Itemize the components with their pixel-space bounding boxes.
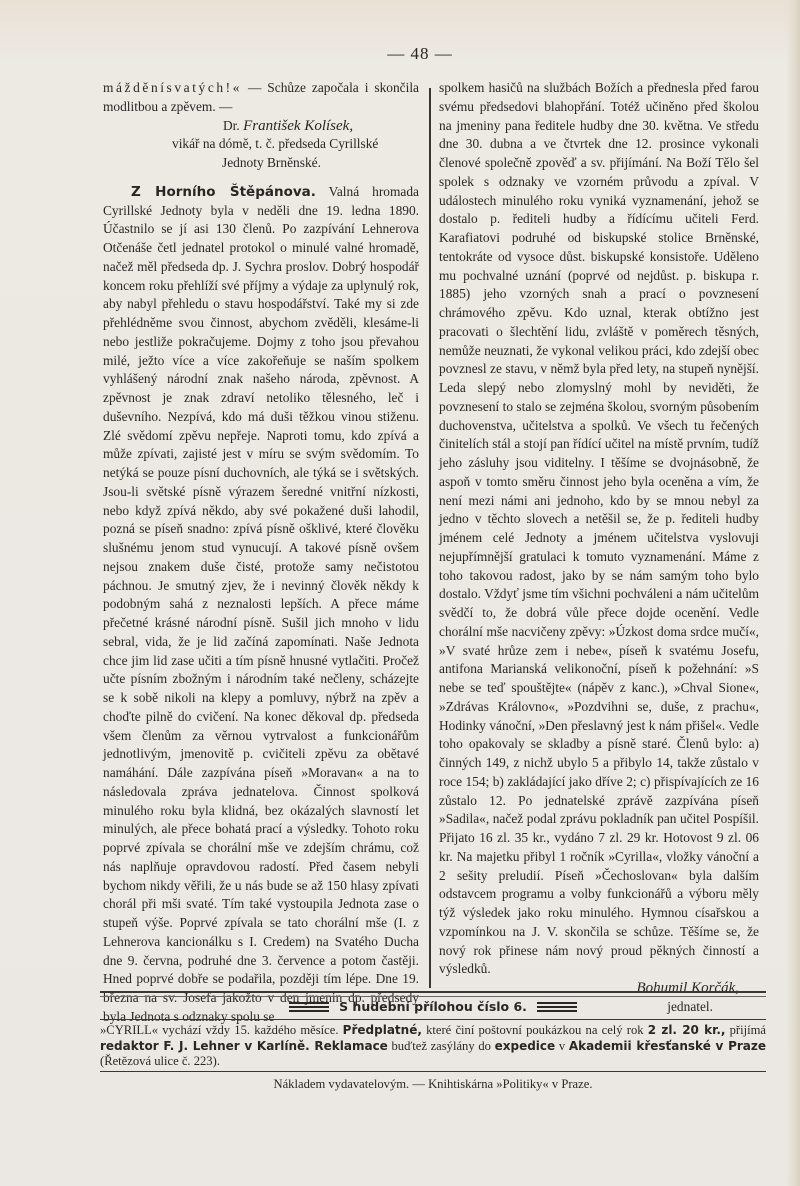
imprint-academy: Akademii křesťanské v Praze — [569, 1039, 766, 1053]
signature-name: František Kolísek, — [243, 118, 353, 134]
double-rule — [100, 991, 766, 997]
right-column: spolkem hasičů na službách Božích a před… — [439, 79, 759, 1017]
article-horni-stepanov: Z Horního Štěpánova. Valná hromada Cyril… — [103, 183, 419, 1027]
document-page: — 48 — mážděnísvatých!« — Schůze započal… — [0, 0, 800, 1186]
imprint-text: přijímá — [725, 1023, 766, 1037]
imprint-editor: redaktor F. J. Lehner v Karlíně. Reklama… — [100, 1039, 388, 1053]
ornament-bars-right-icon — [537, 1002, 577, 1012]
publisher-line: Nákladem vydavatelovým. — Knihtiskárna »… — [100, 1077, 766, 1092]
left-column: mážděnísvatých!« — Schůze započala i sko… — [103, 79, 419, 1027]
signature-organization: Jednoty Brněnské. — [103, 154, 419, 173]
ornament-bars-left-icon — [289, 1002, 329, 1012]
page-number: — 48 — — [0, 44, 800, 64]
article-body-left: Valná hromada Cyrillské Jednoty byla v n… — [103, 184, 419, 1024]
column-divider — [429, 88, 431, 988]
imprint-address: (Řetězová ulice č. 223). — [100, 1054, 220, 1068]
imprint-bold: Předplatné, — [343, 1023, 422, 1037]
imprint-text: které činí poštovní poukázkou na celý ro… — [422, 1023, 648, 1037]
supplement-text: S hudební přílohou číslo 6. — [339, 999, 527, 1014]
signature-prefix: Dr. — [223, 118, 243, 133]
signature-kolisek: Dr. František Kolísek, — [103, 117, 419, 136]
opening-paragraph: mážděnísvatých!« — Schůze započala i sko… — [103, 79, 419, 117]
article-body-right: spolkem hasičů na službách Božích a před… — [439, 79, 759, 979]
bottom-rule — [100, 1071, 766, 1072]
music-supplement-banner: S hudební přílohou číslo 6. — [100, 999, 766, 1014]
subscription-imprint: »CYRILL« vychází vždy 15. každého měsíce… — [100, 1023, 766, 1070]
imprint-expedition: expedice — [495, 1039, 556, 1053]
imprint-text: »CYRILL« vychází vždy 15. každého měsíce… — [100, 1023, 343, 1037]
imprint-price: 2 zl. 20 kr., — [648, 1023, 726, 1037]
imprint-text: buďtež zasýlány do — [388, 1039, 495, 1053]
imprint-text: v — [555, 1039, 569, 1053]
signature-title: vikář na dómě, t. č. předseda Cyrillské — [103, 135, 419, 154]
rule — [100, 1019, 766, 1020]
section-heading: Z Horního Štěpánova. — [131, 184, 316, 200]
opening-spaced-text: mážděnísvatých!« — [103, 80, 242, 95]
